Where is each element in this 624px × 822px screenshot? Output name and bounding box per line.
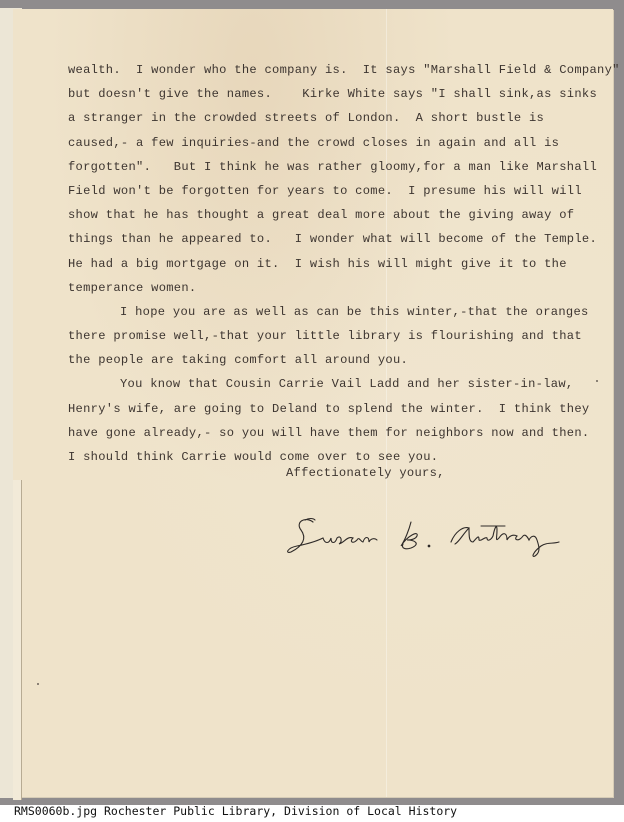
text-line: the people are taking comfort all around… — [68, 348, 608, 372]
text-line: but doesn't give the names. Kirke White … — [68, 82, 608, 106]
text-line: have gone already,- so you will have the… — [68, 421, 608, 445]
text-line: caused,- a few inquiries-and the crowd c… — [68, 131, 608, 155]
paper-speck — [596, 380, 598, 382]
text-line: You know that Cousin Carrie Vail Ladd an… — [68, 372, 608, 396]
text-line: show that he has thought a great deal mo… — [68, 203, 608, 227]
text-line: temperance women. — [68, 276, 608, 300]
torn-edge — [13, 480, 22, 800]
text-line: wealth. I wonder who the company is. It … — [68, 58, 608, 82]
text-line: He had a big mortgage on it. I wish his … — [68, 252, 608, 276]
text-line: there promise well,-that your little lib… — [68, 324, 608, 348]
text-line: I hope you are as well as can be this wi… — [68, 300, 608, 324]
paper-speck — [37, 683, 39, 685]
text-line: Henry's wife, are going to Deland to spl… — [68, 397, 608, 421]
closing-salutation: Affectionately yours, — [286, 466, 445, 480]
text-line: a stranger in the crowded streets of Lon… — [68, 106, 608, 130]
image-caption: RMS0060b.jpg Rochester Public Library, D… — [14, 804, 457, 818]
text-line: forgotten". But I think he was rather gl… — [68, 155, 608, 179]
signature-susan-b-anthony: Susan B. Anthony — [283, 512, 583, 560]
text-line: Field won't be forgotten for years to co… — [68, 179, 608, 203]
letter-body: wealth. I wonder who the company is. It … — [68, 58, 608, 469]
text-line: things than he appeared to. I wonder wha… — [68, 227, 608, 251]
